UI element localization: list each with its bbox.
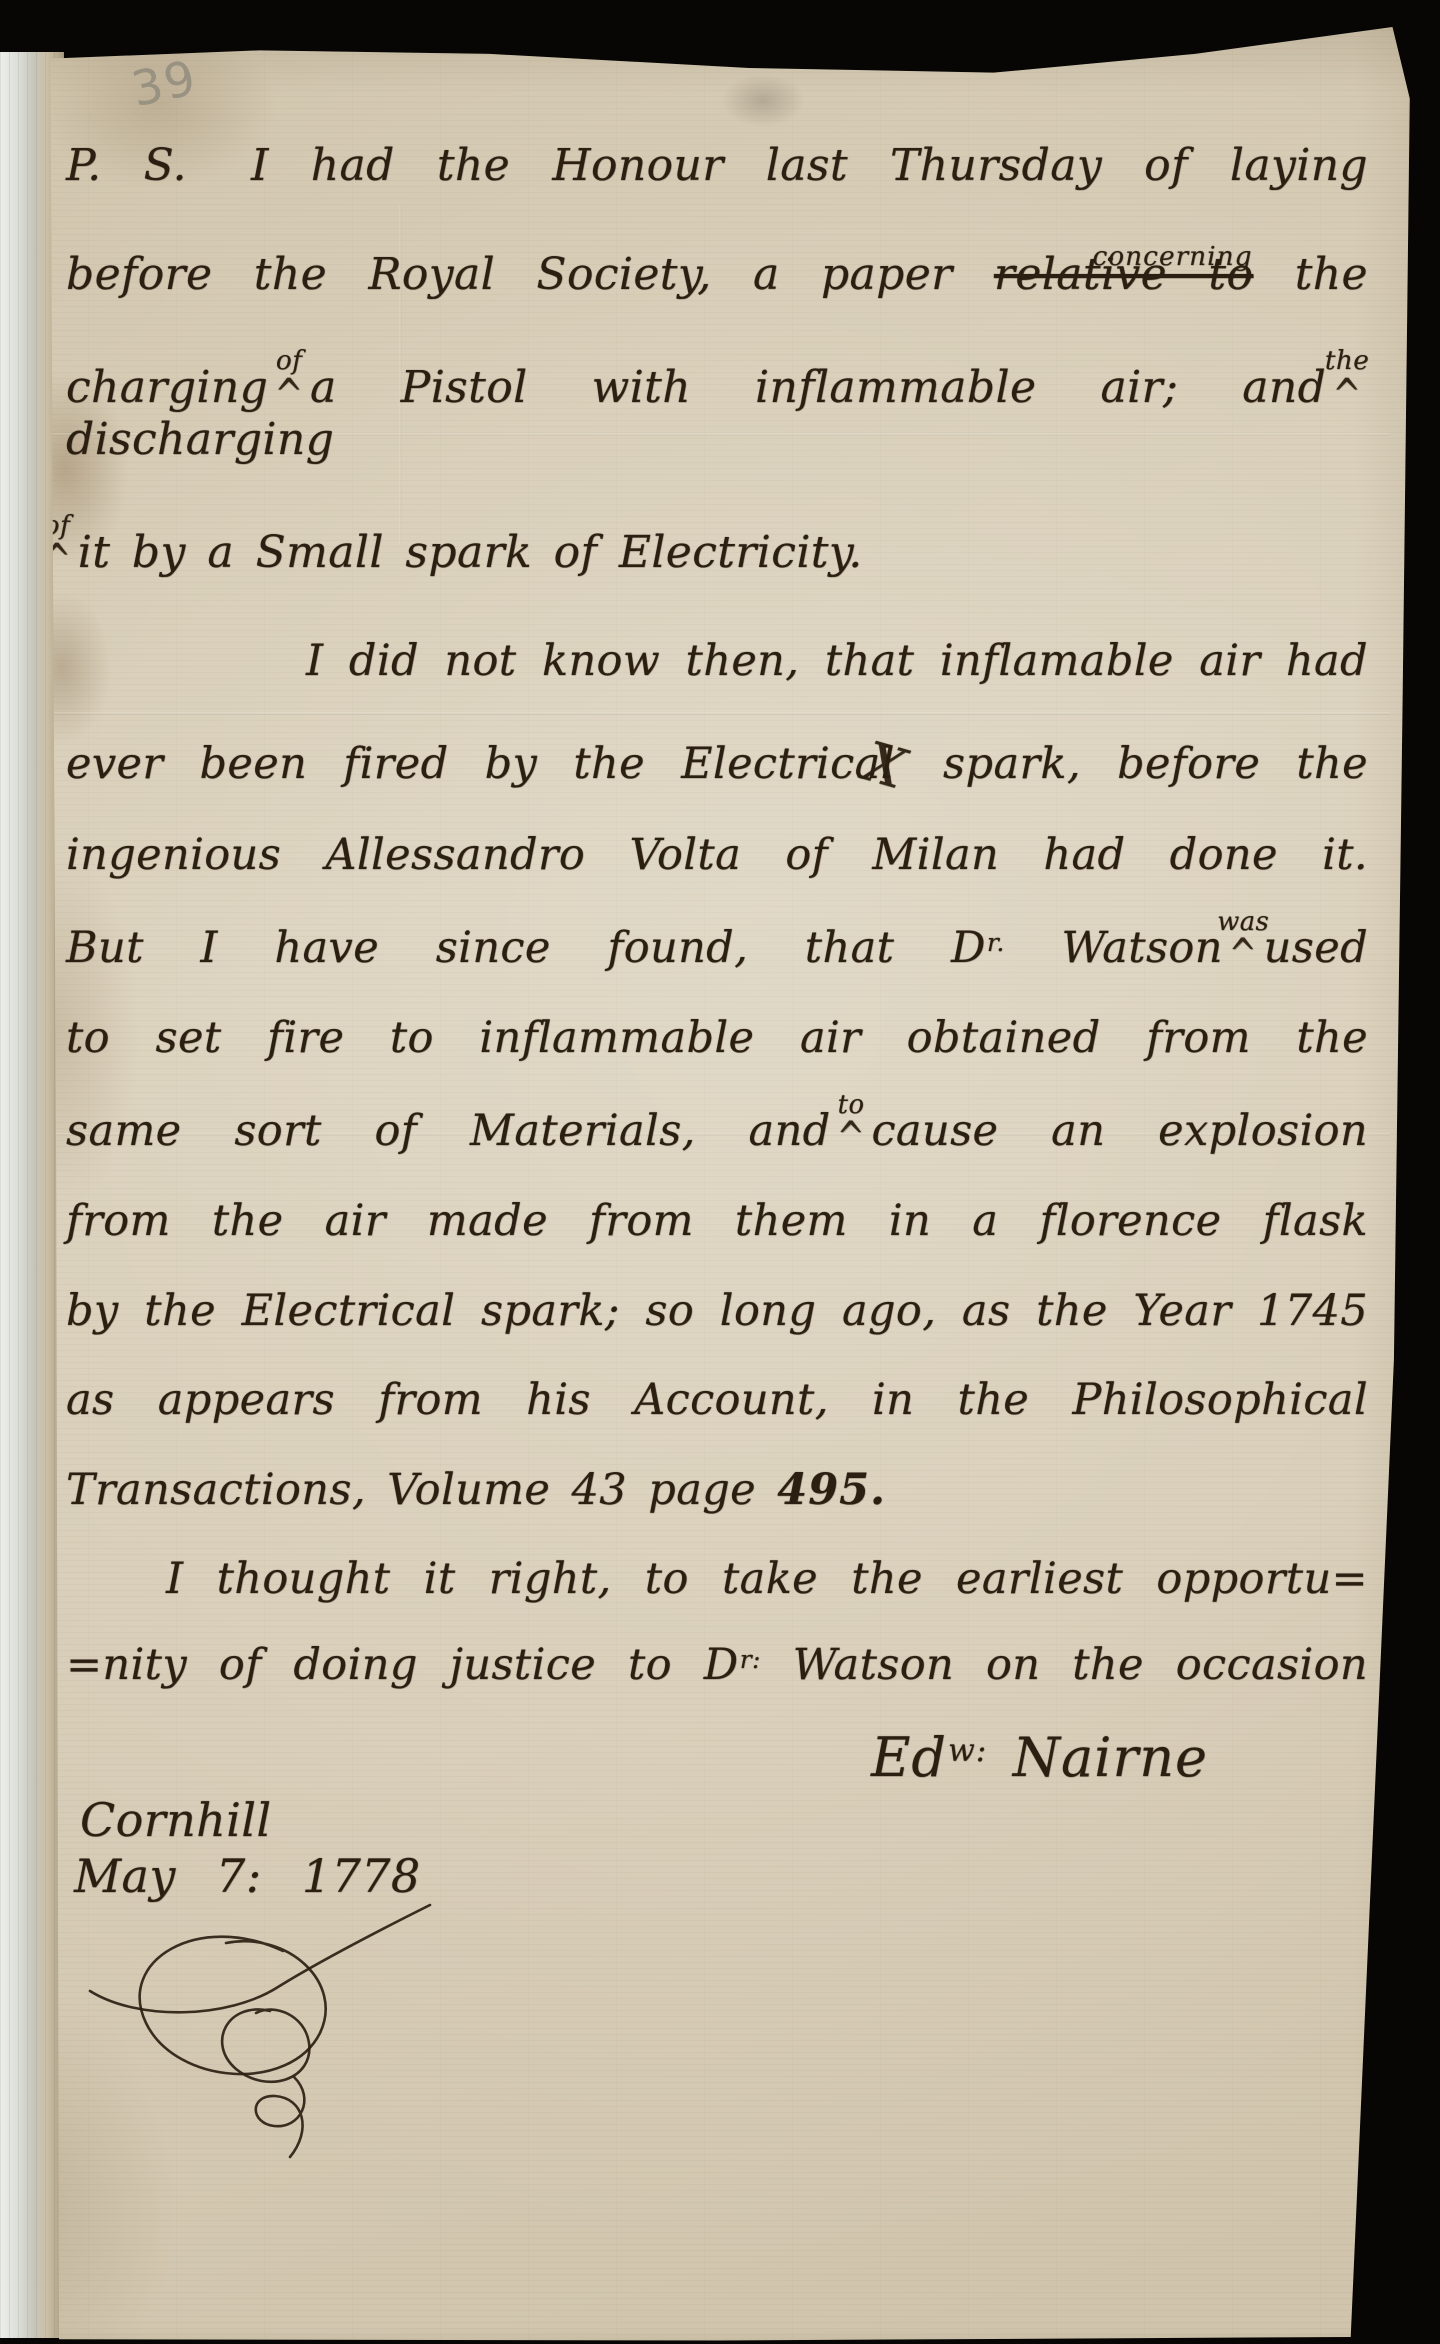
manuscript-line: =nity of doing justice to Dr: Watson on …: [66, 1640, 1368, 1692]
text-run: D: [704, 1640, 739, 1690]
caret-mark: ^: [1333, 369, 1362, 421]
inserted-word: was^: [1223, 919, 1264, 962]
inserted-word-text: concerning: [1093, 241, 1253, 273]
text-run: it by a Small spark of Electricity.: [78, 527, 863, 578]
text-run: w:: [948, 1733, 987, 1769]
paragraph-body: I did not know then, that inflamable air…: [66, 636, 1368, 1516]
paragraph-closing-sentence: I thought it right, to take the earliest…: [66, 1554, 1368, 1691]
manuscript-line: to set fire to inflammable air obtained …: [66, 1013, 1368, 1065]
text-run: D: [951, 923, 986, 973]
text-run: Nairne: [987, 1726, 1208, 1789]
text-run: from the air made from them in a florenc…: [66, 1196, 1368, 1246]
folio-number: 39: [127, 50, 202, 118]
text-run: =nity of doing justice to: [66, 1640, 704, 1690]
paragraph-postscript: P. S.I had the Honour last Thursday of l…: [66, 140, 1368, 580]
manuscript-line: as appears from his Account, in the Phil…: [66, 1375, 1368, 1427]
text-run: by the Electrical spark; so long ago, as…: [66, 1286, 1368, 1336]
text-run: I did not know then, that inflamable air…: [306, 636, 1368, 686]
manuscript-line: same sort of Materials, andto^cause an e…: [66, 1102, 1368, 1158]
text-run: I had the Honour last Thursday of laying: [251, 140, 1368, 191]
struck-text: relative toconcerning: [994, 249, 1254, 300]
closing-block: Cornhill May 7: 1778: [66, 1793, 1368, 2163]
text-run: I thought it right, to take the earliest…: [166, 1554, 1368, 1604]
manuscript-line: chargingof^a Pistol with inflammable air…: [66, 358, 1368, 468]
text-run: the: [1253, 249, 1368, 300]
text-run: discharging: [66, 414, 334, 465]
signature-line: Edw: Nairne: [66, 1726, 1368, 1789]
manuscript-line: Transactions, Volume 43 page 495.: [66, 1465, 1368, 1517]
manuscript-line: before the Royal Society, a paper relati…: [66, 249, 1368, 302]
text-run: But I have since found, that: [66, 923, 951, 973]
caret-mark: ^: [275, 369, 304, 421]
text-run: ingenious Allessandro Volta of Milan had…: [66, 830, 1368, 880]
x-mark: X: [857, 728, 913, 802]
text-run: Transactions, Volume 43 page: [66, 1465, 777, 1515]
manuscript-line: I thought it right, to take the earliest…: [66, 1554, 1368, 1606]
manuscript-paper: 39 P. S.I had the Honour last Thursday o…: [0, 0, 1440, 2344]
caret-mark: ^: [837, 1114, 865, 1165]
text-run: used: [1264, 923, 1368, 973]
manuscript-line: I did not know then, that inflamable air…: [66, 636, 1368, 688]
flourish-swash: [78, 1893, 438, 2163]
text-run: as appears from his Account, in the Phil…: [66, 1375, 1368, 1425]
text-run: Watson: [1005, 923, 1223, 973]
text-run: r:: [740, 1645, 761, 1674]
closing-place: Cornhill: [80, 1793, 1368, 1847]
manuscript-line: from the air made from them in a florenc…: [66, 1196, 1368, 1248]
photo-background: 39 P. S.I had the Honour last Thursday o…: [0, 0, 1440, 2344]
manuscript-line: ever been fired by the ElectricalX spark…: [66, 726, 1368, 792]
text-run: r.: [987, 928, 1005, 957]
manuscript-line: by the Electrical spark; so long ago, as…: [66, 1286, 1368, 1338]
inserted-word: the^: [1326, 358, 1368, 402]
closing-date: May 7: 1778: [74, 1849, 1368, 1903]
inserted-word: of^: [268, 358, 310, 402]
text-run: to set fire to inflammable air obtained …: [66, 1013, 1368, 1063]
text-run: Ed: [871, 1726, 947, 1789]
text-run: Watson on the occasion: [761, 1640, 1368, 1690]
manuscript-line: ingenious Allessandro Volta of Milan had…: [66, 830, 1368, 882]
manuscript-line: P. S.I had the Honour last Thursday of l…: [66, 140, 1368, 193]
text-run: charging: [66, 362, 268, 413]
letter-body: P. S.I had the Honour last Thursday of l…: [66, 140, 1368, 1692]
letter-text: P. S.I had the Honour last Thursday of l…: [66, 140, 1368, 2163]
text-run: cause an explosion: [871, 1106, 1368, 1156]
text-run: before the Royal Society, a paper: [66, 249, 994, 300]
text-run: P. S.: [66, 140, 187, 191]
text-run: a Pistol with inflammable air; and: [310, 362, 1326, 413]
text-run: same sort of Materials, and: [66, 1106, 831, 1156]
text-run: spark, before the: [907, 739, 1368, 789]
text-run: ever been fired by the: [66, 739, 681, 789]
caret-mark: ^: [1229, 931, 1257, 982]
inserted-word: to^: [831, 1102, 872, 1145]
manuscript-line: But I have since found, that Dr. Watsonw…: [66, 919, 1368, 975]
text-run: 495.: [777, 1465, 886, 1515]
text-run: ElectricalX: [681, 739, 907, 789]
manuscript-line: of^it by a Small spark of Electricity.: [36, 523, 1368, 580]
